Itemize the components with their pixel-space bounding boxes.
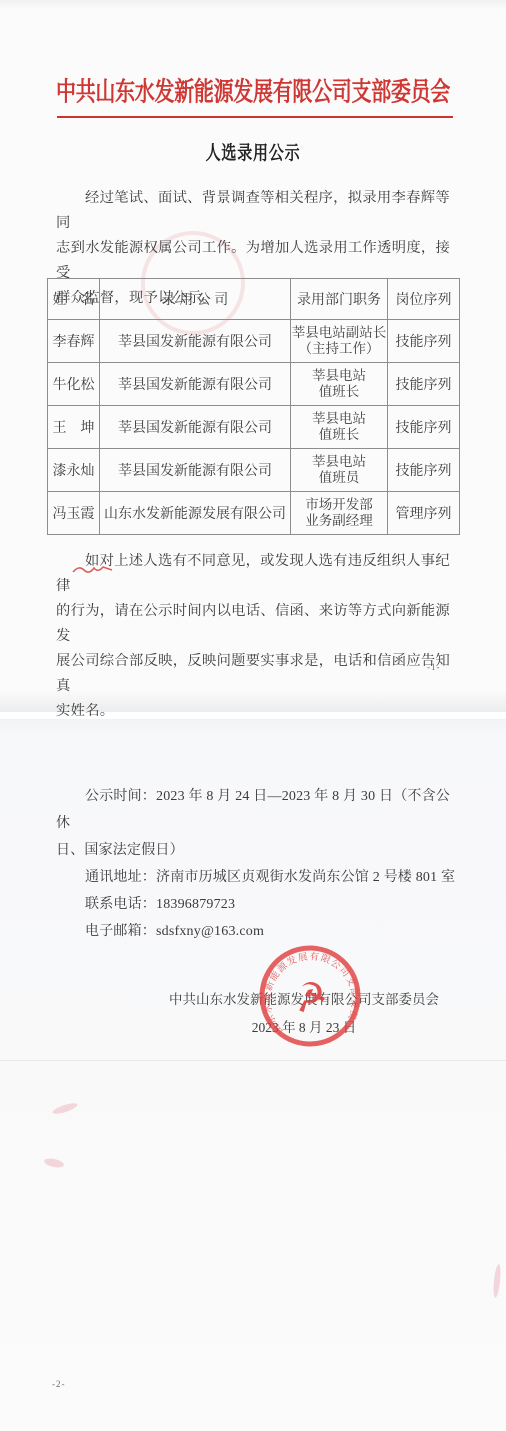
table-row: 王 坤 莘县国发新能源有限公司 莘县电站 值班长 技能序列 xyxy=(48,406,460,449)
cell-company: 莘县国发新能源有限公司 xyxy=(100,449,291,492)
cell-name: 王 坤 xyxy=(48,406,100,449)
table-row: 李春辉 莘县国发新能源有限公司 莘县电站副站长 （主持工作） 技能序列 xyxy=(48,320,460,363)
cell-sequence: 技能序列 xyxy=(388,320,460,363)
ink-smudge xyxy=(43,1157,64,1169)
cell-company: 山东水发新能源发展有限公司 xyxy=(100,492,291,535)
cell-position: 莘县电站 值班长 xyxy=(291,363,388,406)
cell-sequence: 管理序列 xyxy=(388,492,460,535)
paper-fold-line xyxy=(0,1060,506,1061)
contact-info-block: 公示时间：2023 年 8 月 24 日—2023 年 8 月 30 日（不含公… xyxy=(56,783,460,945)
cell-sequence: 技能序列 xyxy=(388,406,460,449)
cell-company: 莘县国发新能源有限公司 xyxy=(100,320,291,363)
cell-position: 市场开发部 业务副经理 xyxy=(291,492,388,535)
cell-name: 牛化松 xyxy=(48,363,100,406)
ink-smudge xyxy=(52,1101,79,1116)
publicity-period: 公示时间：2023 年 8 月 24 日—2023 年 8 月 30 日（不含公… xyxy=(56,783,460,864)
header-sequence: 岗位序列 xyxy=(388,279,460,320)
cell-position: 莘县电站 值班长 xyxy=(291,406,388,449)
table-row: 冯玉霞 山东水发新能源发展有限公司 市场开发部 业务副经理 管理序列 xyxy=(48,492,460,535)
cell-company: 莘县国发新能源有限公司 xyxy=(100,363,291,406)
table-header-row: 姓 名 录 用 公 司 录用部门职务 岗位序列 xyxy=(48,279,460,320)
table-row: 漆永灿 莘县国发新能源有限公司 莘县电站 值班员 技能序列 xyxy=(48,449,460,492)
ink-smudge xyxy=(492,1264,502,1298)
scanned-announcement-document: 中共山东水发新能源发展有限公司支部委员会 人选录用公示 经过笔试、面试、背景调查… xyxy=(0,0,506,1431)
cell-name: 漆永灿 xyxy=(48,449,100,492)
title-underline xyxy=(57,116,453,118)
page-number-2: -2- xyxy=(52,1379,66,1389)
cell-name: 冯玉霞 xyxy=(48,492,100,535)
header-company: 录 用 公 司 xyxy=(100,279,291,320)
table-row: 牛化松 莘县国发新能源有限公司 莘县电站 值班长 技能序列 xyxy=(48,363,460,406)
cell-sequence: 技能序列 xyxy=(388,363,460,406)
contact-phone: 联系电话：18396879723 xyxy=(56,891,460,918)
official-seal: 山东水发新能源发展有限公司支部委员会 ☭ xyxy=(243,929,376,1062)
mailing-address: 通讯地址：济南市历城区贞观街水发尚东公馆 2 号楼 801 室 xyxy=(56,864,460,891)
document-title: 人选录用公示 xyxy=(0,139,506,165)
cell-name: 李春辉 xyxy=(48,320,100,363)
page-number-1: -1- xyxy=(427,662,441,672)
hammer-sickle-icon: ☭ xyxy=(288,972,332,1023)
candidate-table: 姓 名 录 用 公 司 录用部门职务 岗位序列 李春辉 莘县国发新能源有限公司 … xyxy=(47,278,460,535)
cell-position: 莘县电站副站长 （主持工作） xyxy=(291,320,388,363)
header-name: 姓 名 xyxy=(48,279,100,320)
feedback-paragraph: 如对上述人选有不同意见，或发现人选有违反组织人事纪律 的行为，请在公示时间内以电… xyxy=(56,549,456,724)
contact-email: 电子邮箱：sdsfxny@163.com xyxy=(56,918,460,945)
page-2: 公示时间：2023 年 8 月 24 日—2023 年 8 月 30 日（不含公… xyxy=(0,719,506,1431)
cell-company: 莘县国发新能源有限公司 xyxy=(100,406,291,449)
cell-position: 莘县电站 值班员 xyxy=(291,449,388,492)
page-1: 中共山东水发新能源发展有限公司支部委员会 人选录用公示 经过笔试、面试、背景调查… xyxy=(0,0,506,712)
cell-sequence: 技能序列 xyxy=(388,449,460,492)
org-title: 中共山东水发新能源发展有限公司支部委员会 xyxy=(0,70,506,108)
red-pen-scribble xyxy=(71,561,115,577)
header-position: 录用部门职务 xyxy=(291,279,388,320)
